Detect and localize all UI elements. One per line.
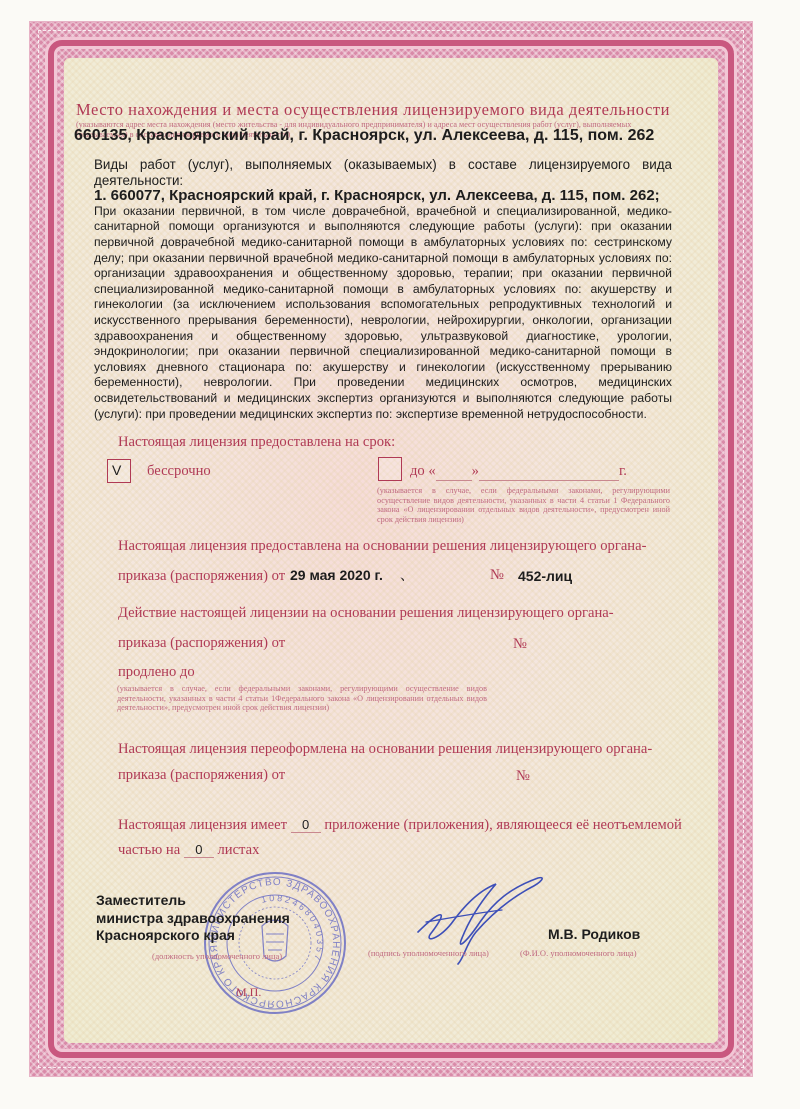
check-mark: V bbox=[112, 462, 121, 478]
permanent-label: бессрочно bbox=[147, 463, 211, 480]
place-heading: Место нахождения и места осуществления л… bbox=[76, 100, 670, 120]
extension-line1: Действие настоящей лицензии на основании… bbox=[118, 605, 614, 622]
until-prefix: до « bbox=[410, 463, 436, 479]
pages-count: 0 bbox=[184, 842, 214, 858]
until-day-blank bbox=[436, 463, 472, 481]
until-checkbox[interactable] bbox=[378, 457, 402, 481]
until-field: до « » г. bbox=[410, 463, 627, 481]
name-caption: (Ф.И.О. уполномоченного лица) bbox=[520, 948, 637, 958]
place-address: 660135, Красноярский край, г. Красноярск… bbox=[74, 127, 654, 145]
position-line1: Заместитель bbox=[96, 892, 290, 910]
basis-line2: приказа (распоряжения) от bbox=[118, 568, 285, 585]
appendix-count: 0 bbox=[291, 817, 321, 833]
appendix-middle: приложение (приложения), являющееся её н… bbox=[324, 817, 682, 833]
signer-position: Заместитель министра здравоохранения Кра… bbox=[96, 892, 290, 945]
works-section: Виды работ (услуг), выполняемых (оказыва… bbox=[94, 157, 672, 422]
position-line3: Красноярского края bbox=[96, 927, 290, 945]
signature-caption: (подпись уполномоченного лица) bbox=[368, 948, 489, 958]
reissue-line1: Настоящая лицензия переоформлена на осно… bbox=[118, 741, 652, 758]
until-suffix: г. bbox=[619, 463, 627, 479]
appendix-prefix: Настоящая лицензия имеет bbox=[118, 817, 287, 833]
extension-number-sign: № bbox=[513, 636, 527, 653]
extended-label: продлено до bbox=[118, 664, 195, 681]
works-text: При оказании первичной, в том числе довр… bbox=[94, 204, 672, 422]
appendix-pages-line: частью на 0 листах bbox=[118, 842, 259, 859]
basis-number: 452-лиц bbox=[518, 568, 572, 584]
position-caption: (должность уполномоченного лица) bbox=[152, 951, 282, 961]
basis-number-sign: № bbox=[490, 567, 504, 584]
signer-name: М.В. Родиков bbox=[548, 926, 640, 942]
basis-line1: Настоящая лицензия предоставлена на осно… bbox=[118, 538, 646, 555]
permanent-checkbox[interactable]: V bbox=[107, 459, 131, 483]
stamp-place-label: М.П. bbox=[236, 985, 261, 1000]
term-note: (указывается в случае, если федеральными… bbox=[377, 486, 670, 524]
works-address: 1. 660077, Красноярский край, г. Красноя… bbox=[94, 188, 672, 204]
appendix-line: Настоящая лицензия имеет 0 приложение (п… bbox=[118, 817, 682, 834]
basis-mark: 、 bbox=[400, 565, 414, 585]
basis-date: 29 мая 2020 г. bbox=[290, 567, 383, 583]
until-mid: » bbox=[472, 463, 479, 479]
pages-suffix: листах bbox=[217, 842, 259, 858]
pages-prefix: частью на bbox=[118, 842, 180, 858]
extension-note: (указывается в случае, если федеральными… bbox=[117, 684, 487, 713]
reissue-number-sign: № bbox=[516, 768, 530, 785]
term-title: Настоящая лицензия предоставлена на срок… bbox=[118, 434, 395, 451]
position-line2: министра здравоохранения bbox=[96, 910, 290, 928]
until-month-blank bbox=[479, 463, 619, 481]
extension-line2: приказа (распоряжения) от bbox=[118, 635, 285, 652]
works-label: Виды работ (услуг), выполняемых (оказыва… bbox=[94, 157, 672, 188]
reissue-line2: приказа (распоряжения) от bbox=[118, 767, 285, 784]
